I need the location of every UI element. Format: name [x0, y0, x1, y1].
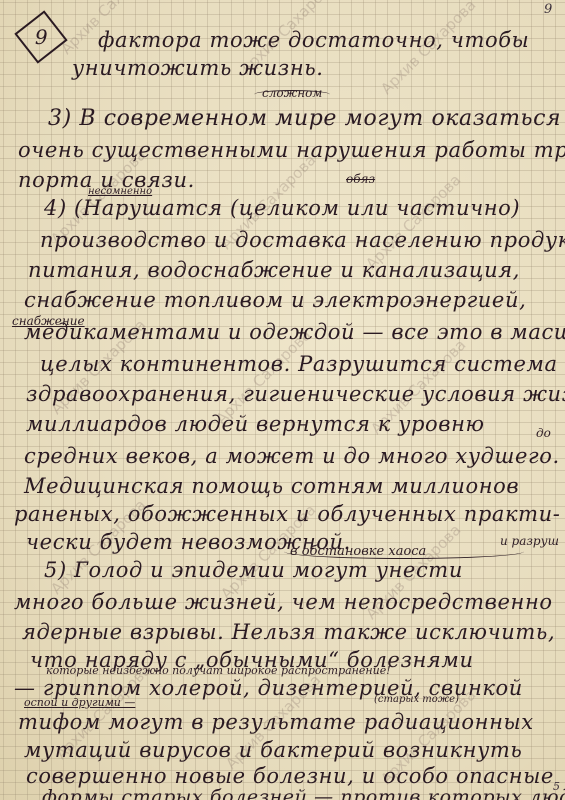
struck-insertion: обяз: [346, 172, 375, 186]
circled-page-marker: 9: [14, 10, 67, 63]
text-line: здравоохранения, гигиенические условия ж…: [26, 382, 565, 406]
text-line: целых континентов. Разрушится система: [40, 352, 558, 376]
text-line: снабжение топливом и электроэнергией,: [24, 288, 526, 312]
text-line: очень существенными нарушения работы тра…: [18, 138, 565, 162]
text-line: миллиардов людей вернутся к уровню: [26, 412, 485, 436]
text-line: тифом могут в результате радиационных: [18, 710, 534, 734]
text-line: питания, водоснабжение и канализация,: [28, 258, 520, 282]
text-line: мутаций вирусов и бактерий возникнуть: [24, 738, 522, 762]
text-line-item-3: 3) В современном мире могут оказаться: [48, 106, 561, 131]
page-number: 9: [544, 2, 552, 17]
insertion: (старых тоже): [374, 694, 459, 705]
insertion-brace: [254, 90, 330, 99]
text-line: медикаментами и одеждой — все это в масш…: [24, 320, 565, 344]
manuscript-page: Архив Сахарова Архив Сахарова Архив Саха…: [0, 0, 565, 800]
text-line: раненых, обожженных и облученных практи-: [14, 502, 560, 526]
text-line: уничтожить жизнь.: [72, 56, 324, 80]
text-line-item-4: 4) (Нарушатся (целиком или частично): [44, 196, 520, 220]
text-line: средних веков, а может и до много худшег…: [24, 444, 560, 468]
text-line: ядерные взрывы. Нельзя также исключить,: [22, 620, 555, 644]
text-line: формы старых болезней — против которых л…: [42, 786, 565, 800]
text-line: производство и доставка населению продук…: [40, 228, 565, 252]
text-line-item-5: 5) Голод и эпидемии могут унести: [44, 558, 463, 582]
text-line: совершенно новые болезни, и особо опасны…: [26, 764, 554, 788]
insertion: до: [536, 426, 551, 440]
text-line: фактора тоже достаточно, чтобы: [98, 28, 529, 52]
insertion-brace: [284, 544, 524, 559]
text-line: много больше жизней, чем непосредственно: [14, 590, 553, 614]
insertion: оспой и другими —: [24, 696, 135, 709]
text-line: Медицинская помощь сотням миллионов: [24, 474, 519, 498]
circled-number: 9: [35, 25, 48, 49]
